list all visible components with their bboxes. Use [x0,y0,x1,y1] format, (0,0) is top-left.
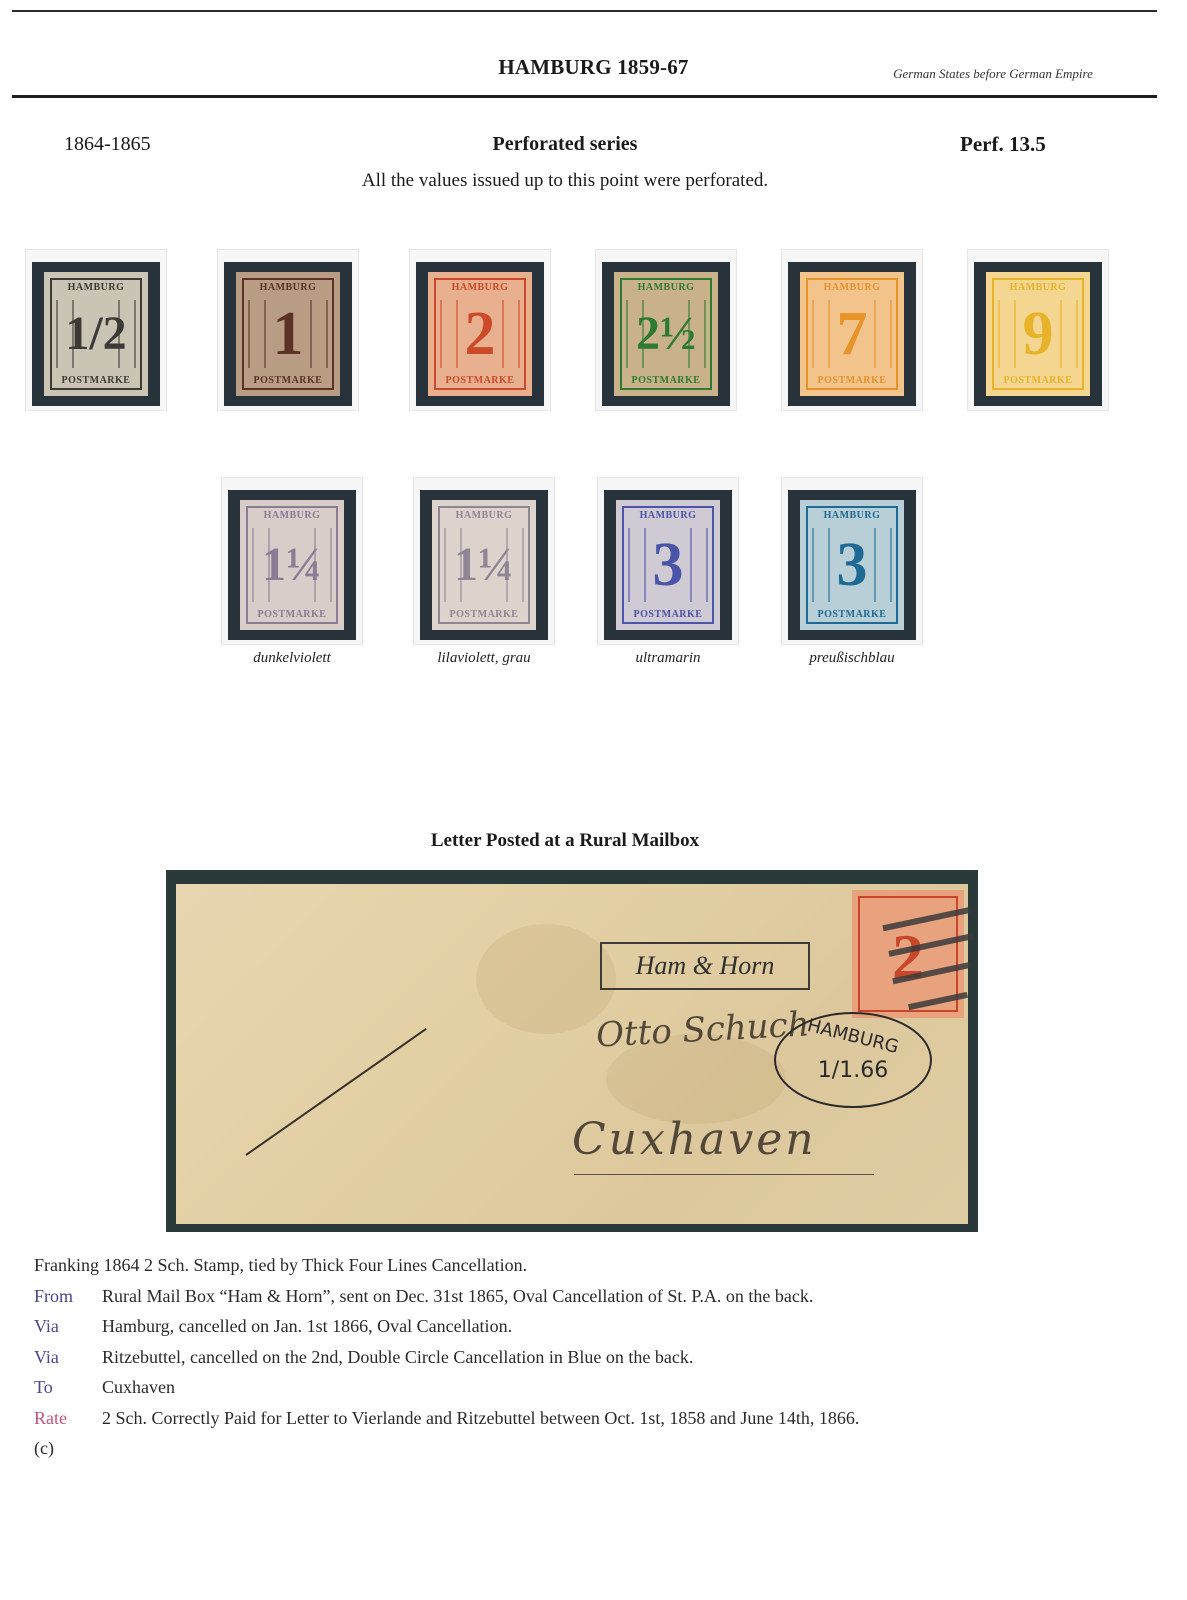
route-line-from: FromRural Mail Box “Ham & Horn”, sent on… [34,1281,859,1312]
stamp-value: 1¼ [240,541,344,589]
mount-backing: HAMBURGPOSTMARKE9 [974,262,1102,406]
header-bottom-rule [12,95,1157,98]
stamp-inscription-top: HAMBURG [994,282,1082,293]
route-text: Cuxhaven [102,1377,175,1397]
stamp-inscription-top: HAMBURG [52,282,140,293]
stamp-inscription-top: HAMBURG [622,282,710,293]
shade-caption: dunkelviolett [212,650,372,667]
header-top-rule [12,10,1157,12]
stamp-mount: HAMBURGPOSTMARKE9 [968,250,1108,410]
stamp-paper: HAMBURGPOSTMARKE3 [800,500,904,630]
stamp-paper: HAMBURGPOSTMARKE1 [236,272,340,396]
route-label: Via [34,1342,102,1373]
postmark-date: 1/1.66 [776,1058,930,1083]
stamp-inscription-bottom: POSTMARKE [622,375,710,386]
cover-stamp: 2 [852,890,964,1018]
stamp-mount: HAMBURGPOSTMARKE1/2 [26,250,166,410]
route-text: Rural Mail Box “Ham & Horn”, sent on Dec… [102,1286,813,1306]
stamp-paper: HAMBURGPOSTMARKE1/2 [44,272,148,396]
stamp-mount: HAMBURGPOSTMARKE2 [410,250,550,410]
stamp-paper: HAMBURGPOSTMARKE1¼ [432,500,536,630]
stamp-inscription-top: HAMBURG [624,510,712,521]
stamp-paper: HAMBURGPOSTMARKE3 [616,500,720,630]
stamp: HAMBURGPOSTMARKE2½ [610,268,722,400]
stamp-inscription-top: HAMBURG [808,510,896,521]
stamp-value: 1¼ [432,541,536,589]
footnote: (c) [34,1433,859,1464]
route-text: Hamburg, cancelled on Jan. 1st 1866, Ova… [102,1316,512,1336]
stamp-inscription-bottom: POSTMARKE [624,609,712,620]
stamp: HAMBURGPOSTMARKE1¼ [428,496,540,634]
shade-caption: ultramarin [588,650,748,667]
stamp-mount: HAMBURGPOSTMARKE1 [218,250,358,410]
series-perforation: Perf. 13.5 [960,132,1046,157]
route-label: Via [34,1311,102,1342]
stamp-inscription-bottom: POSTMARKE [52,375,140,386]
stamp: HAMBURGPOSTMARKE2 [424,268,536,400]
route-line-rate: Rate2 Sch. Correctly Paid for Letter to … [34,1403,859,1434]
stamp-value: 7 [800,303,904,365]
address-underline [574,1174,874,1175]
mount-backing: HAMBURGPOSTMARKE2 [416,262,544,406]
pen-flourish [245,1028,426,1156]
mount-backing: HAMBURGPOSTMARKE1¼ [420,490,548,640]
stamp: HAMBURGPOSTMARKE1¼ [236,496,348,634]
stamp-inscription-top: HAMBURG [436,282,524,293]
stamp-inscription-bottom: POSTMARKE [244,375,332,386]
stamp-value: 3 [616,534,720,596]
cover-title: Letter Posted at a Rural Mailbox [0,830,1130,852]
route-line-via: ViaHamburg, cancelled on Jan. 1st 1866, … [34,1311,859,1342]
stamp-value: 2 [852,920,964,994]
stamp-mount: HAMBURGPOSTMARKE3 [782,478,922,644]
stamp-inscription-bottom: POSTMARKE [248,609,336,620]
stamp-inscription-bottom: POSTMARKE [994,375,1082,386]
stamp-inscription-top: HAMBURG [440,510,528,521]
cover-mount: Ham & Horn Otto Schuch Cuxhaven 2 HAMBUR… [166,870,978,1232]
stamp: HAMBURGPOSTMARKE3 [612,496,724,634]
stamp-inscription-bottom: POSTMARKE [440,609,528,620]
hamburg-oval-postmark: HAMBURG 1/1.66 [774,1012,932,1108]
mount-backing: HAMBURGPOSTMARKE1/2 [32,262,160,406]
mount-backing: HAMBURGPOSTMARKE1¼ [228,490,356,640]
stamp-inscription-top: HAMBURG [244,282,332,293]
stamp-mount: HAMBURGPOSTMARKE1¼ [222,478,362,644]
stamp-paper: HAMBURGPOSTMARKE1¼ [240,500,344,630]
route-lines: FromRural Mail Box “Ham & Horn”, sent on… [34,1281,859,1434]
stamp-paper: HAMBURGPOSTMARKE2 [428,272,532,396]
mount-backing: HAMBURGPOSTMARKE3 [788,490,916,640]
stamp-value: 1 [236,303,340,365]
stamp-value: 2 [428,303,532,365]
mount-backing: HAMBURGPOSTMARKE7 [788,262,916,406]
shade-caption: preußischblau [772,650,932,667]
route-line-via: ViaRitzebuttel, cancelled on the 2nd, Do… [34,1342,859,1373]
stamp-value: 3 [800,534,904,596]
stamp-paper: HAMBURGPOSTMARKE7 [800,272,904,396]
page-subtitle: German States before German Empire [868,66,1118,82]
stamp: HAMBURGPOSTMARKE7 [796,268,908,400]
series-note: All the values issued up to this point w… [0,170,1130,192]
envelope: Ham & Horn Otto Schuch Cuxhaven 2 HAMBUR… [176,884,968,1224]
mount-backing: HAMBURGPOSTMARKE3 [604,490,732,640]
stamp-inscription-top: HAMBURG [248,510,336,521]
stamp-inscription-bottom: POSTMARKE [436,375,524,386]
franking-line: Franking 1864 2 Sch. Stamp, tied by Thic… [34,1250,859,1281]
route-text: 2 Sch. Correctly Paid for Letter to Vier… [102,1408,859,1428]
stamp-inscription-top: HAMBURG [808,282,896,293]
mount-backing: HAMBURGPOSTMARKE1 [224,262,352,406]
shade-caption: lilaviolett, grau [404,650,564,667]
stamp: HAMBURGPOSTMARKE3 [796,496,908,634]
stamp-value: 1/2 [44,310,148,358]
route-label: Rate [34,1403,102,1434]
cover-description: Franking 1864 2 Sch. Stamp, tied by Thic… [34,1250,859,1464]
stamp-inscription-bottom: POSTMARKE [808,609,896,620]
stamp-paper: HAMBURGPOSTMARKE2½ [614,272,718,396]
stamp-mount: HAMBURGPOSTMARKE3 [598,478,738,644]
stamp-value: 9 [986,303,1090,365]
stamp-value: 2½ [614,310,718,358]
route-label: To [34,1372,102,1403]
route-text: Ritzebuttel, cancelled on the 2nd, Doubl… [102,1347,693,1367]
stamp: HAMBURGPOSTMARKE9 [982,268,1094,400]
stamp: HAMBURGPOSTMARKE1/2 [40,268,152,400]
destination: Cuxhaven [572,1114,817,1165]
stamp: HAMBURGPOSTMARKE1 [232,268,344,400]
stamp-mount: HAMBURGPOSTMARKE7 [782,250,922,410]
stamp-mount: HAMBURGPOSTMARKE1¼ [414,478,554,644]
route-label: From [34,1281,102,1312]
mount-backing: HAMBURGPOSTMARKE2½ [602,262,730,406]
rural-mailbox-cancel: Ham & Horn [600,942,810,990]
route-line-to: ToCuxhaven [34,1372,859,1403]
stamp-mount: HAMBURGPOSTMARKE2½ [596,250,736,410]
stamp-inscription-bottom: POSTMARKE [808,375,896,386]
stamp-paper: HAMBURGPOSTMARKE9 [986,272,1090,396]
